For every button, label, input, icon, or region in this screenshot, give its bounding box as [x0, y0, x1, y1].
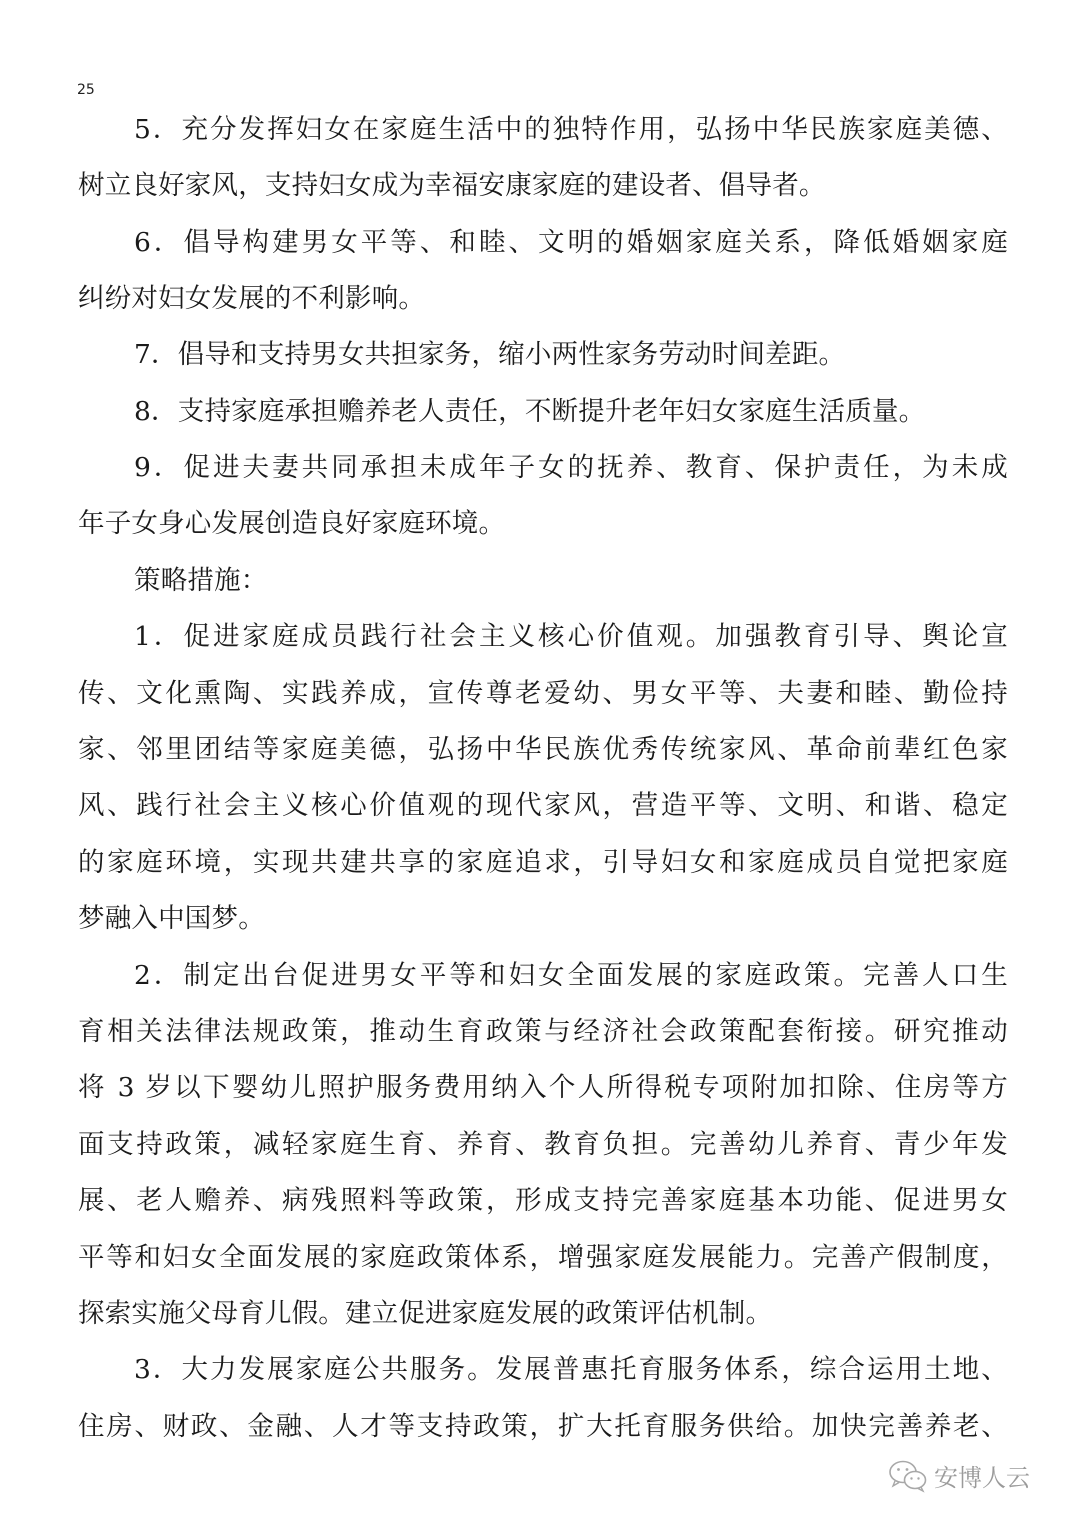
- text-line: 平等和妇女全面发展的家庭政策体系，增强家庭发展能力。完善产假制度，: [78, 1241, 1008, 1275]
- text-line: 家、邻里团结等家庭美德，弘扬中华民族优秀传统家风、革命前辈红色家: [78, 733, 1008, 767]
- text-line: 住房、财政、金融、人才等支持政策，扩大托育服务供给。加快完善养老、: [78, 1410, 1008, 1444]
- text-line: 面支持政策，减轻家庭生育、养育、教育负担。完善幼儿养育、青少年发: [78, 1128, 1008, 1162]
- text-line: 9．促进夫妻共同承担未成年子女的抚养、教育、保护责任，为未成: [134, 451, 1008, 485]
- text-line: 7．倡导和支持男女共担家务，缩小两性家务劳动时间差距。: [134, 338, 1008, 372]
- wechat-icon: [888, 1459, 928, 1493]
- section-heading: 策略措施：: [134, 564, 1008, 598]
- text-line: 传、文化熏陶、实践养成，宣传尊老爱幼、男女平等、夫妻和睦、勤俭持: [78, 677, 1008, 711]
- text-line: 3．大力发展家庭公共服务。发展普惠托育服务体系，综合运用土地、: [134, 1353, 1008, 1387]
- text-line: 展、老人赡养、病残照料等政策，形成支持完善家庭基本功能、促进男女: [78, 1184, 1008, 1218]
- text-line: 5．充分发挥妇女在家庭生活中的独特作用，弘扬中华民族家庭美德、: [134, 113, 1008, 147]
- text-line: 风、践行社会主义核心价值观的现代家风，营造平等、文明、和谐、稳定: [78, 789, 1008, 823]
- page-number: 25: [77, 82, 95, 98]
- text-line: 的家庭环境，实现共建共享的家庭追求，引导妇女和家庭成员自觉把家庭: [78, 846, 1008, 880]
- text-line: 育相关法律法规政策，推动生育政策与经济社会政策配套衔接。研究推动: [78, 1015, 1008, 1049]
- text-line: 将 3 岁以下婴幼儿照护服务费用纳入个人所得税专项附加扣除、住房等方: [78, 1071, 1008, 1105]
- text-line: 纠纷对妇女发展的不利影响。: [78, 282, 1008, 316]
- text-line: 1．促进家庭成员践行社会主义核心价值观。加强教育引导、舆论宣: [134, 620, 1008, 654]
- text-line: 树立良好家风，支持妇女成为幸福安康家庭的建设者、倡导者。: [78, 169, 1008, 203]
- text-line: 梦融入中国梦。: [78, 902, 1008, 936]
- watermark: 安博人云: [888, 1458, 1030, 1493]
- text-line: 6．倡导构建男女平等、和睦、文明的婚姻家庭关系，降低婚姻家庭: [134, 226, 1008, 260]
- text-line: 8．支持家庭承担赡养老人责任，不断提升老年妇女家庭生活质量。: [134, 395, 1008, 429]
- text-line: 探索实施父母育儿假。建立促进家庭发展的政策评估机制。: [78, 1297, 1008, 1331]
- watermark-text: 安博人云: [934, 1458, 1030, 1493]
- text-line: 2．制定出台促进男女平等和妇女全面发展的家庭政策。完善人口生: [134, 959, 1008, 993]
- text-line: 年子女身心发展创造良好家庭环境。: [78, 507, 1008, 541]
